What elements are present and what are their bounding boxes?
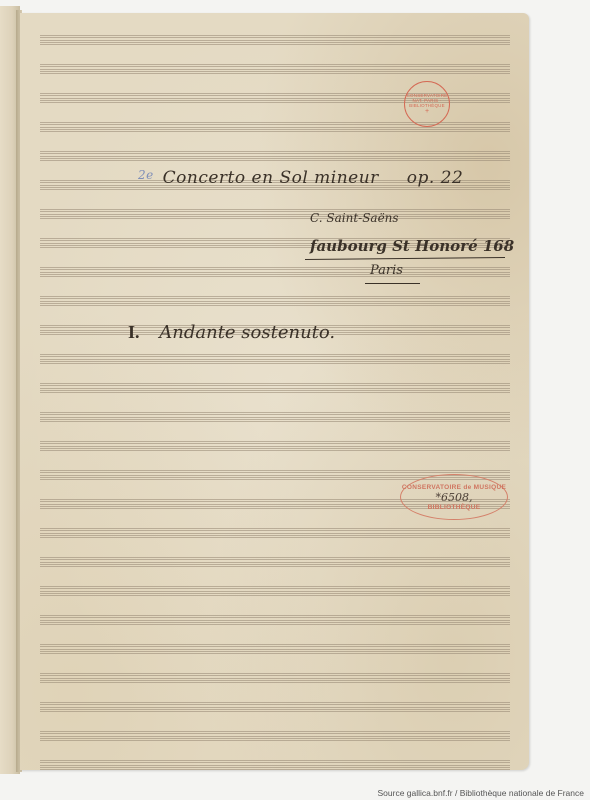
staff xyxy=(40,673,510,683)
composer-address: faubourg St Honoré 168 xyxy=(310,237,514,255)
staff xyxy=(40,35,510,45)
staff xyxy=(40,644,510,654)
manuscript-page: 2e Concerto en Sol mineur op. 22 C. Sain… xyxy=(20,13,529,770)
movement-number: I. xyxy=(128,322,140,342)
composer-signature: C. Saint-Saëns xyxy=(310,211,399,225)
staff xyxy=(40,731,510,741)
staff xyxy=(40,615,510,625)
movement-title: Andante sostenuto. xyxy=(159,322,335,343)
stamp-ring-text: CONSERVATOIRE NAT. PARIS · BIBLIOTHÈQUE xyxy=(405,93,449,108)
staff xyxy=(40,557,510,567)
city: Paris xyxy=(370,263,403,278)
staff xyxy=(40,122,510,132)
stamp-oval-top: CONSERVATOIRE de MUSIQUE xyxy=(402,484,506,491)
stamp-oval-bottom: BIBLIOTHÈQUE xyxy=(428,504,481,511)
shelfmark: *6508, xyxy=(436,491,473,504)
staff xyxy=(40,586,510,596)
staff xyxy=(40,296,510,306)
staff-lines xyxy=(40,35,510,770)
source-credit: Source gallica.bnf.fr / Bibliothèque nat… xyxy=(378,788,585,798)
staff xyxy=(40,151,510,161)
staff xyxy=(40,528,510,538)
staff xyxy=(40,412,510,422)
library-stamp-oval: CONSERVATOIRE de MUSIQUE *6508, BIBLIOTH… xyxy=(400,474,508,520)
staff xyxy=(40,383,510,393)
staff xyxy=(40,354,510,364)
stamp-center: + xyxy=(425,108,429,115)
staff xyxy=(40,209,510,219)
city-underline xyxy=(365,283,420,284)
opus-number: op. 22 xyxy=(407,168,464,188)
work-title: 2e Concerto en Sol mineur op. 22 xyxy=(138,168,463,188)
staff xyxy=(40,64,510,74)
document-viewer: 2e Concerto en Sol mineur op. 22 C. Sain… xyxy=(0,0,590,800)
title-text: Concerto en Sol mineur xyxy=(163,168,379,188)
library-stamp-round: CONSERVATOIRE NAT. PARIS · BIBLIOTHÈQUE … xyxy=(404,81,450,127)
staff xyxy=(40,702,510,712)
staff xyxy=(40,267,510,277)
movement-heading: I. Andante sostenuto. xyxy=(128,322,335,343)
staff xyxy=(40,760,510,770)
concerto-number: 2e xyxy=(138,168,154,182)
staff xyxy=(40,441,510,451)
